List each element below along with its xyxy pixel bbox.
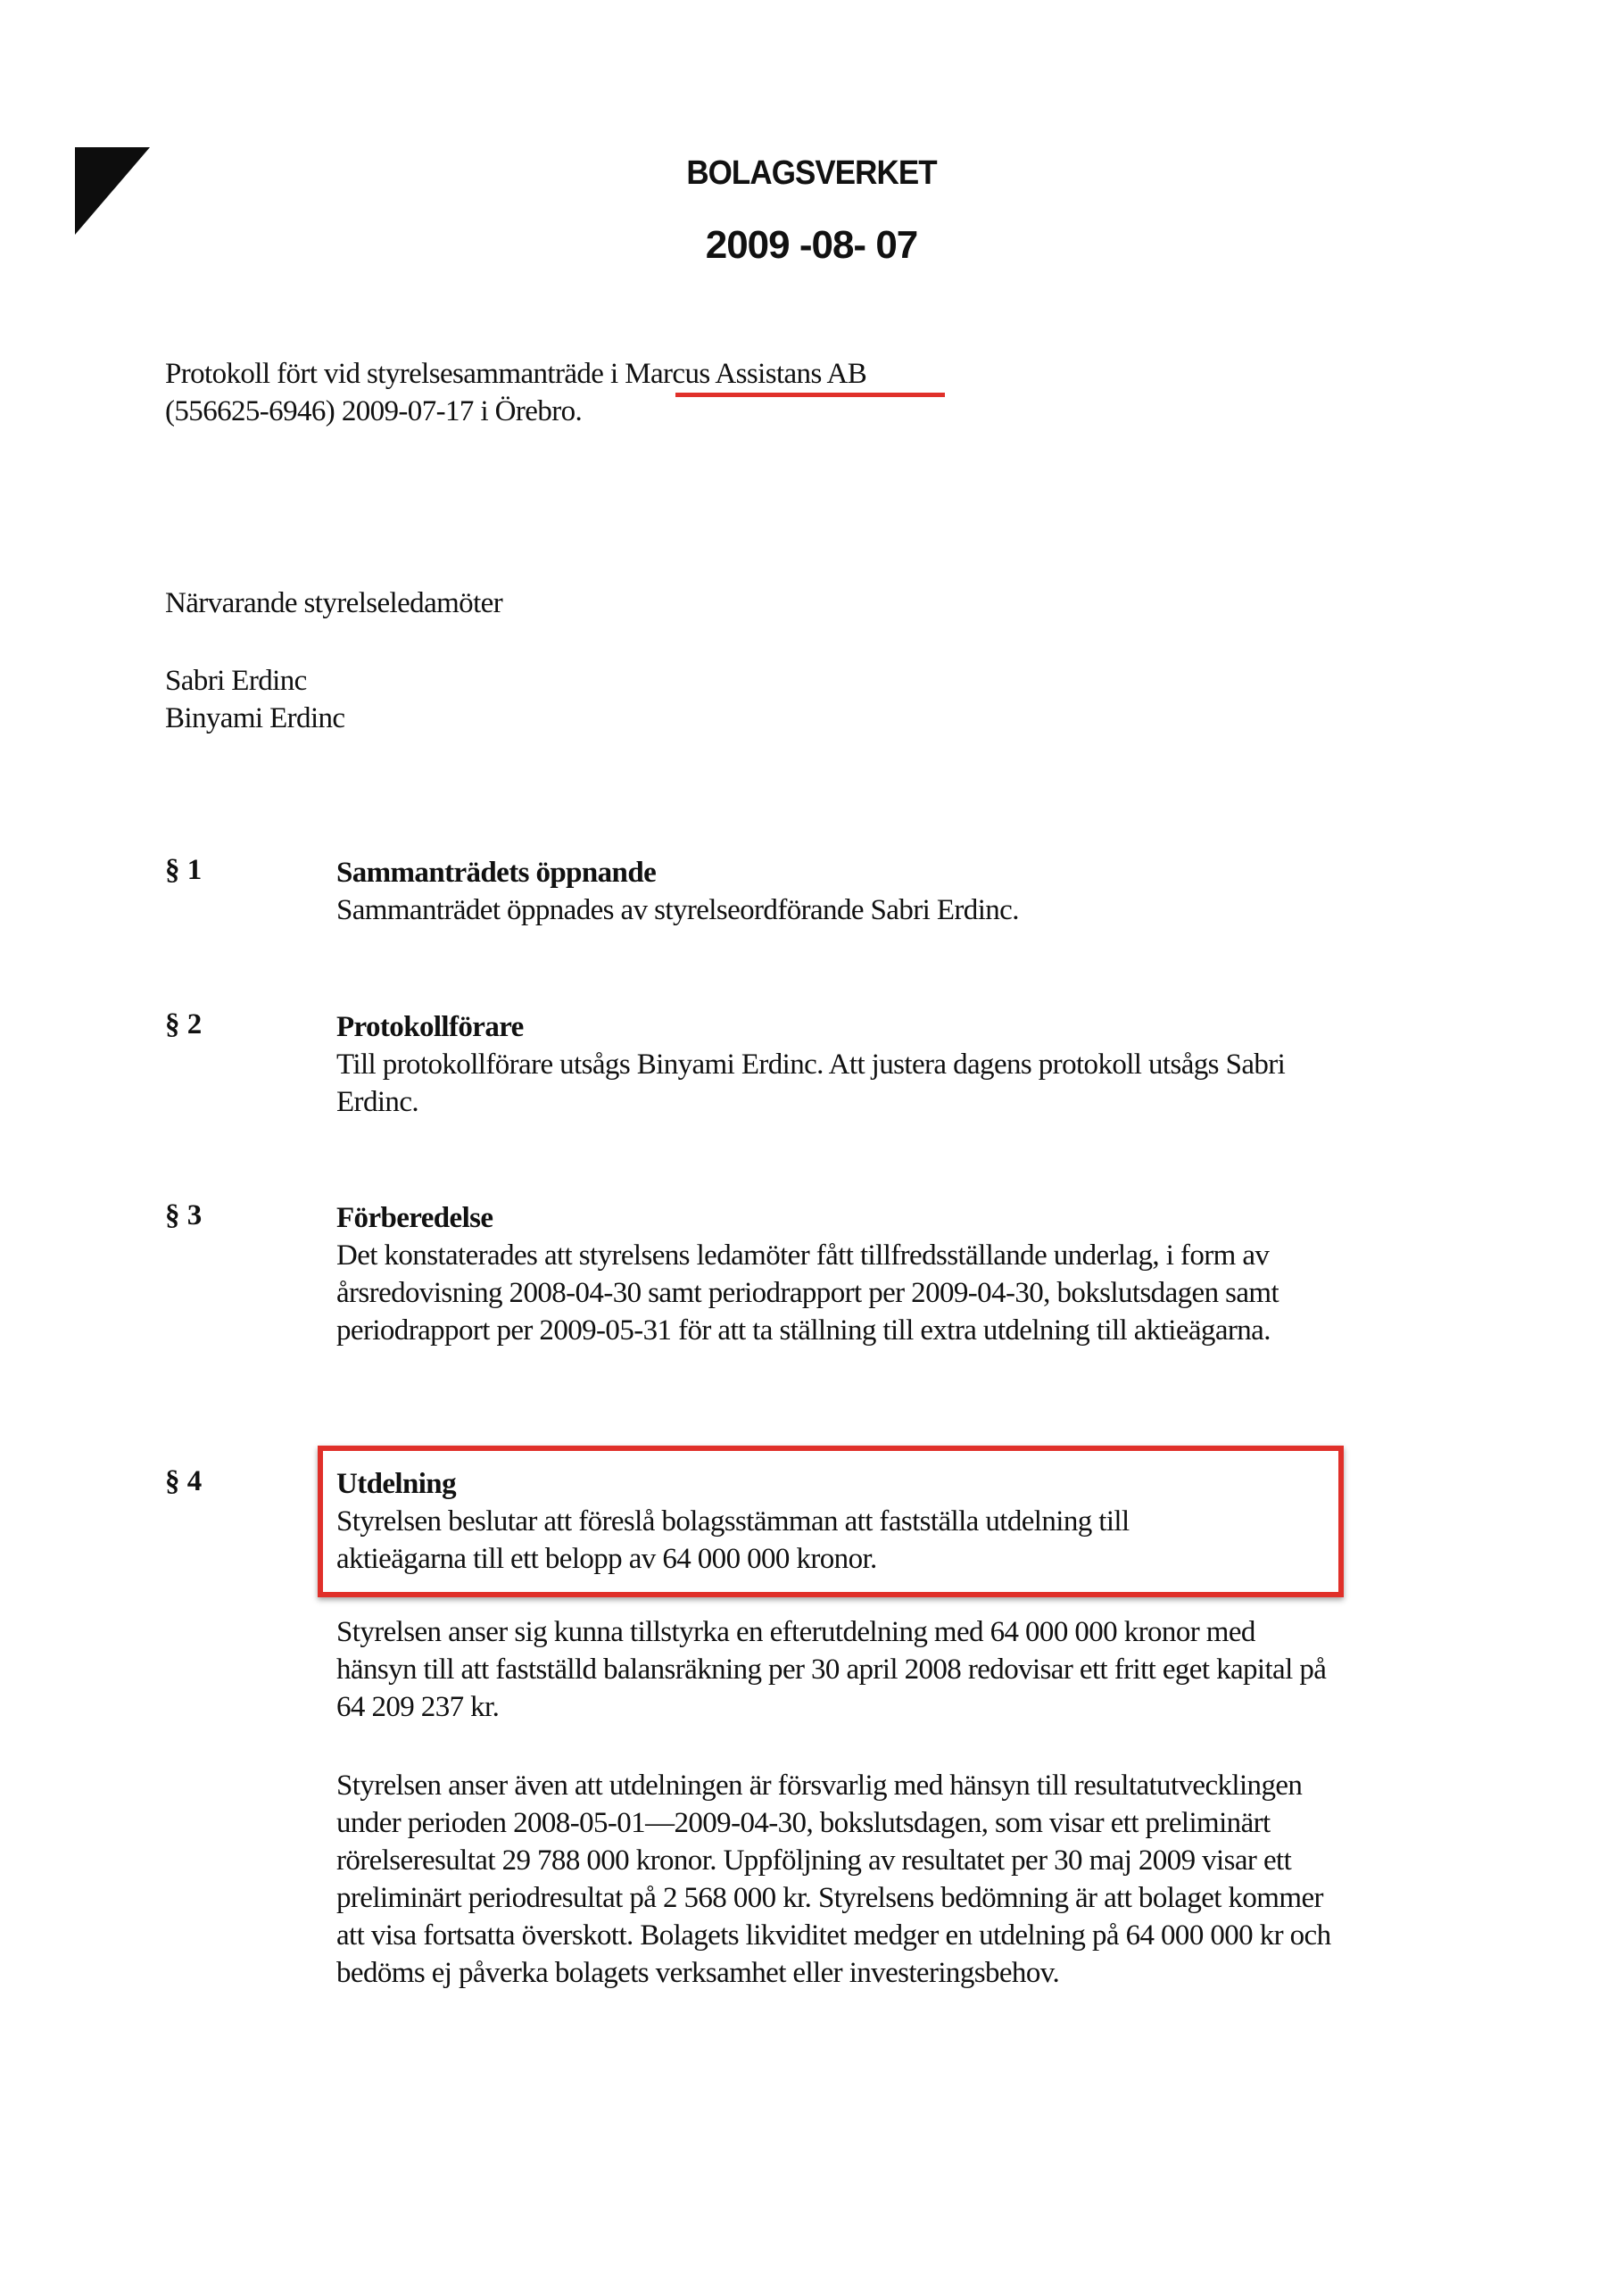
attendees-heading: Närvarande styrelseledamöter bbox=[165, 584, 502, 622]
stamp-date: 2009 -08- 07 bbox=[0, 223, 1623, 268]
section-body: Sammanträdet öppnades av styrelseordföra… bbox=[336, 891, 1354, 929]
section-title: Förberedelse bbox=[336, 1199, 1362, 1237]
section-number: § 3 bbox=[165, 1199, 202, 1232]
intro-prefix: Protokoll fört vid styrelsesammanträde i bbox=[165, 358, 625, 390]
section-number: § 4 bbox=[165, 1465, 202, 1498]
attendee: Binyami Erdinc bbox=[165, 700, 344, 737]
intro-details: (556625-6946) 2009-07-17 i Örebro. bbox=[165, 395, 582, 427]
section-3: Förberedelse Det konstaterades att styre… bbox=[336, 1199, 1362, 1349]
section-title: Sammanträdets öppnande bbox=[336, 854, 1354, 891]
section-2: Protokollförare Till protokollförare uts… bbox=[336, 1008, 1336, 1121]
stamp-authority: BOLAGSVERKET bbox=[65, 154, 1558, 193]
highlight-box-annotation bbox=[318, 1446, 1344, 1597]
section-number: § 2 bbox=[165, 1008, 202, 1041]
paragraph: Styrelsen anser sig kunna tillstyrka en … bbox=[336, 1613, 1336, 1726]
company-name: Marcus Assistans AB bbox=[625, 358, 866, 390]
section-body: Till protokollförare utsågs Binyami Erdi… bbox=[336, 1046, 1336, 1121]
section-number: § 1 bbox=[165, 854, 202, 887]
attendees-list: Sabri Erdinc Binyami Erdinc bbox=[165, 662, 344, 737]
section-1: Sammanträdets öppnande Sammanträdet öppn… bbox=[336, 854, 1354, 929]
section-body: Det konstaterades att styrelsens ledamöt… bbox=[336, 1237, 1362, 1349]
company-underline-annotation bbox=[675, 393, 945, 397]
attendee: Sabri Erdinc bbox=[165, 662, 344, 700]
section-title: Protokollförare bbox=[336, 1008, 1336, 1046]
paragraph: Styrelsen anser även att utdelningen är … bbox=[336, 1767, 1345, 1992]
